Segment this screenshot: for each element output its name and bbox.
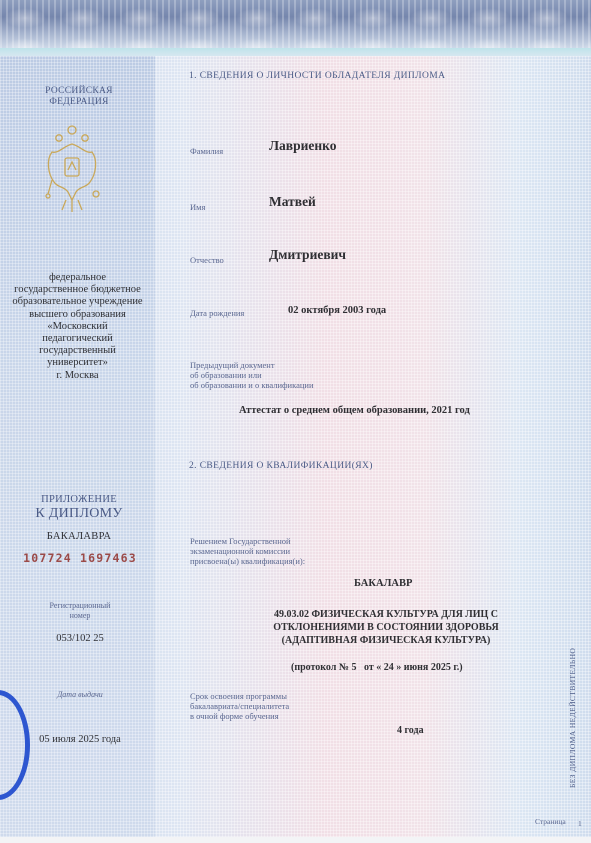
institution-name: федеральное государственное бюджетное об… [0, 272, 155, 382]
issue-date-label: Дата выдачи [0, 690, 160, 699]
institution-line: педагогический [0, 333, 155, 345]
institution-line: г. Москва [0, 370, 155, 382]
patronymic-label: Отчество [190, 255, 224, 265]
duration-label-line: в очной форме обучения [190, 711, 289, 721]
birth-date-label: Дата рождения [190, 308, 244, 318]
prev-doc-value: Аттестат о среднем общем образовании, 20… [239, 405, 470, 416]
degree-level: БАКАЛАВРА [0, 531, 158, 542]
duration-label-line: бакалавриата/специалитета [190, 701, 289, 711]
program-line: 49.03.02 ФИЗИЧЕСКАЯ КУЛЬТУРА ДЛЯ ЛИЦ С [236, 608, 536, 621]
duration-value: 4 года [397, 725, 424, 736]
diploma-supplement-page: РОССИЙСКАЯ ФЕДЕРАЦИЯ федеральное государ… [0, 0, 591, 843]
duration-label: Срок освоения программы бакалавриата/спе… [190, 691, 289, 721]
country-line: РОССИЙСКАЯ [20, 86, 138, 97]
duration-label-line: Срок освоения программы [190, 691, 289, 701]
validity-note: БЕЗ ДИПЛОМА НЕДЕЙСТВИТЕЛЬНО [568, 648, 577, 788]
decision-label-line: Решением Государственной [190, 536, 305, 546]
surname-label: Фамилия [190, 146, 223, 156]
institution-line: государственный [0, 345, 155, 357]
qualification-value: БАКАЛАВР [354, 578, 412, 589]
coat-of-arms-icon [42, 122, 102, 222]
protocol-value: (протокол № 5 от « 24 » июня 2025 г.) [291, 662, 463, 673]
decision-label-line: присвоена(ы) квалификация(и): [190, 556, 305, 566]
program-value: 49.03.02 ФИЗИЧЕСКАЯ КУЛЬТУРА ДЛЯ ЛИЦ С О… [236, 608, 536, 647]
reg-number-label-line: Регистрационный [0, 601, 160, 611]
prev-doc-label-line: об образовании или [190, 370, 314, 380]
program-line: (АДАПТИВНАЯ ФИЗИЧЕСКАЯ КУЛЬТУРА) [236, 634, 536, 647]
program-line: ОТКЛОНЕНИЯМИ В СОСТОЯНИИ ЗДОРОВЬЯ [236, 621, 536, 634]
institution-line: федеральное [0, 272, 155, 284]
patronymic-value: Дмитриевич [269, 247, 346, 263]
page-label: Страница [535, 817, 566, 826]
guilloche-border [0, 0, 591, 56]
page-number: 1 [578, 819, 582, 828]
institution-line: высшего образования [0, 309, 155, 321]
institution-line: университет» [0, 357, 155, 369]
surname-value: Лавриенко [269, 138, 337, 154]
decision-label: Решением Государственной экзаменационной… [190, 536, 305, 566]
institution-line: образовательное учреждение [0, 296, 155, 308]
serial-number: 107724 1697463 [0, 551, 160, 565]
reg-number: 053/102 25 [0, 633, 160, 644]
decision-label-line: экзаменационной комиссии [190, 546, 305, 556]
country-name: РОССИЙСКАЯ ФЕДЕРАЦИЯ [20, 86, 138, 108]
supplement-title-line: К ДИПЛОМУ [0, 506, 158, 521]
prev-doc-label: Предыдущий документ об образовании или о… [190, 360, 314, 390]
reg-number-label: Регистрационный номер [0, 601, 160, 621]
reg-number-label-line: номер [0, 611, 160, 621]
country-line: ФЕДЕРАЦИЯ [20, 97, 138, 108]
section1-title: 1. СВЕДЕНИЯ О ЛИЧНОСТИ ОБЛАДАТЕЛЯ ДИПЛОМ… [189, 71, 445, 81]
institution-line: государственное бюджетное [0, 284, 155, 296]
name-value: Матвей [269, 194, 316, 210]
institution-line: «Московский [0, 321, 155, 333]
prev-doc-label-line: об образовании и о квалификации [190, 380, 314, 390]
bottom-edge [0, 837, 591, 843]
section2-title: 2. СВЕДЕНИЯ О КВАЛИФИКАЦИИ(ЯХ) [189, 461, 373, 471]
birth-date-value: 02 октября 2003 года [288, 305, 386, 316]
name-label: Имя [190, 202, 205, 212]
supplement-title: ПРИЛОЖЕНИЕ К ДИПЛОМУ [0, 494, 158, 521]
prev-doc-label-line: Предыдущий документ [190, 360, 314, 370]
supplement-title-line: ПРИЛОЖЕНИЕ [0, 494, 158, 506]
